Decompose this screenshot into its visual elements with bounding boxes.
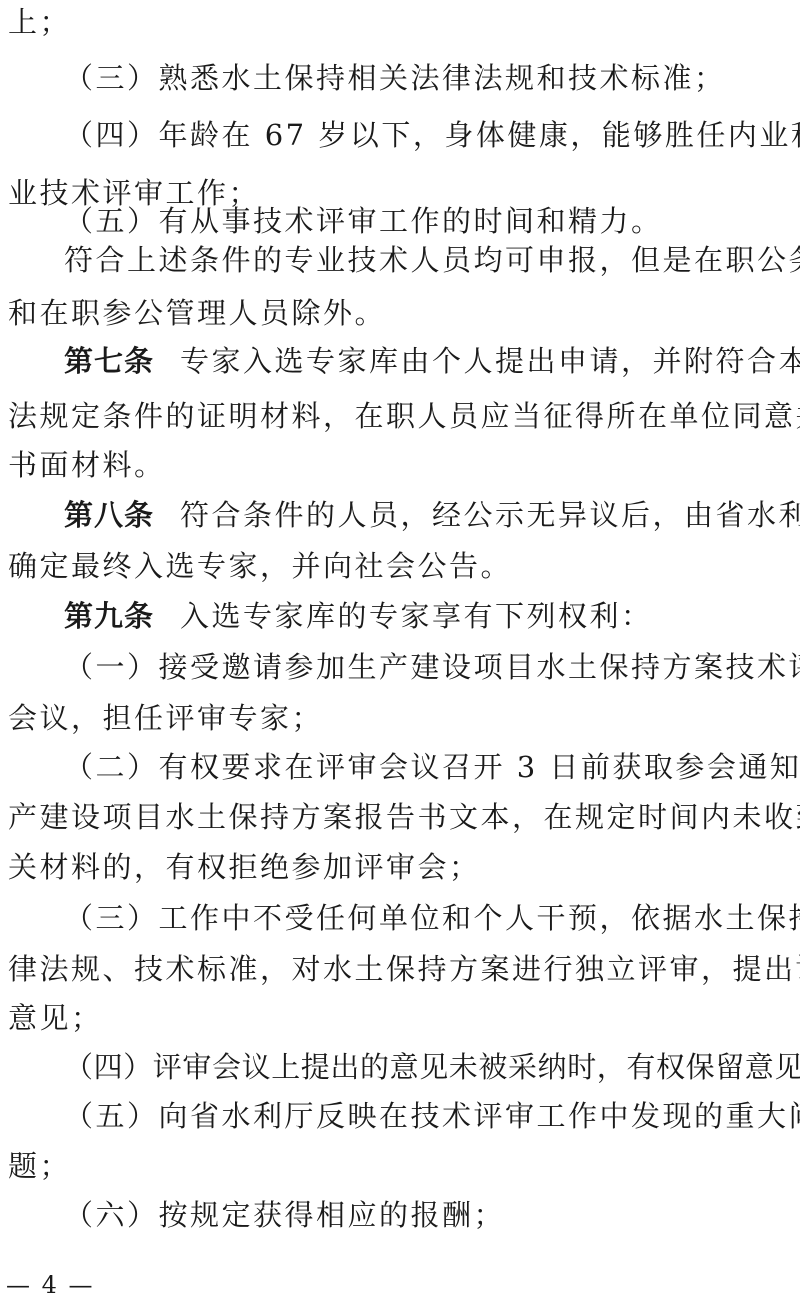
article-text: 符合条件的人员，经公示无异议后，由省水利厅	[180, 498, 800, 532]
text-line: （二）有权要求在评审会议召开 3 日前获取参会通知和生	[0, 749, 800, 785]
text-line: 上；	[0, 4, 800, 40]
article-text: 入选专家库的专家享有下列权利：	[180, 599, 653, 633]
text-line: （三）熟悉水土保持相关法律法规和技术标准；	[0, 60, 800, 96]
text-line: （一）接受邀请参加生产建设项目水土保持方案技术评审	[0, 649, 800, 685]
text-line: （五）有从事技术评审工作的时间和精力。	[0, 203, 800, 239]
document-page: 上； （三）熟悉水土保持相关法律法规和技术标准； （四）年龄在 67 岁以下，身…	[0, 0, 800, 1310]
text-line: 意见；	[0, 1000, 800, 1036]
article-heading: 第九条	[64, 599, 154, 633]
article-9-line: 第九条入选专家库的专家享有下列权利：	[0, 598, 800, 634]
text-line: （五）向省水利厅反映在技术评审工作中发现的重大问	[0, 1098, 800, 1134]
article-8-line: 第八条符合条件的人员，经公示无异议后，由省水利厅	[0, 497, 800, 533]
text-line: 确定最终入选专家，并向社会公告。	[0, 548, 800, 584]
article-text: 专家入选专家库由个人提出申请，并附符合本办	[180, 344, 800, 378]
text-line: （六）按规定获得相应的报酬；	[0, 1197, 800, 1233]
text-line: 律法规、技术标准，对水土保持方案进行独立评审，提出评审	[0, 951, 800, 987]
text-line: 题；	[0, 1148, 800, 1184]
page-number: — 4 —	[6, 1270, 95, 1300]
text-line: （四）年龄在 67 岁以下，身体健康，能够胜任内业和外	[0, 117, 800, 153]
text-line: 会议，担任评审专家；	[0, 700, 800, 736]
text-line: （三）工作中不受任何单位和个人干预，依据水土保持法	[0, 900, 800, 936]
text-line: 关材料的，有权拒绝参加评审会；	[0, 849, 800, 885]
text-line: 产建设项目水土保持方案报告书文本，在规定时间内未收到相	[0, 799, 800, 835]
article-heading: 第七条	[64, 344, 154, 378]
text-line: 和在职参公管理人员除外。	[0, 295, 800, 331]
text-line: 书面材料。	[0, 447, 800, 483]
article-heading: 第八条	[64, 498, 154, 532]
article-7-line: 第七条专家入选专家库由个人提出申请，并附符合本办	[0, 343, 800, 379]
text-line: （四）评审会议上提出的意见未被采纳时，有权保留意见；	[0, 1049, 800, 1085]
text-line: 法规定条件的证明材料，在职人员应当征得所在单位同意并附	[0, 398, 800, 434]
text-line: 符合上述条件的专业技术人员均可申报，但是在职公务员	[0, 242, 800, 278]
